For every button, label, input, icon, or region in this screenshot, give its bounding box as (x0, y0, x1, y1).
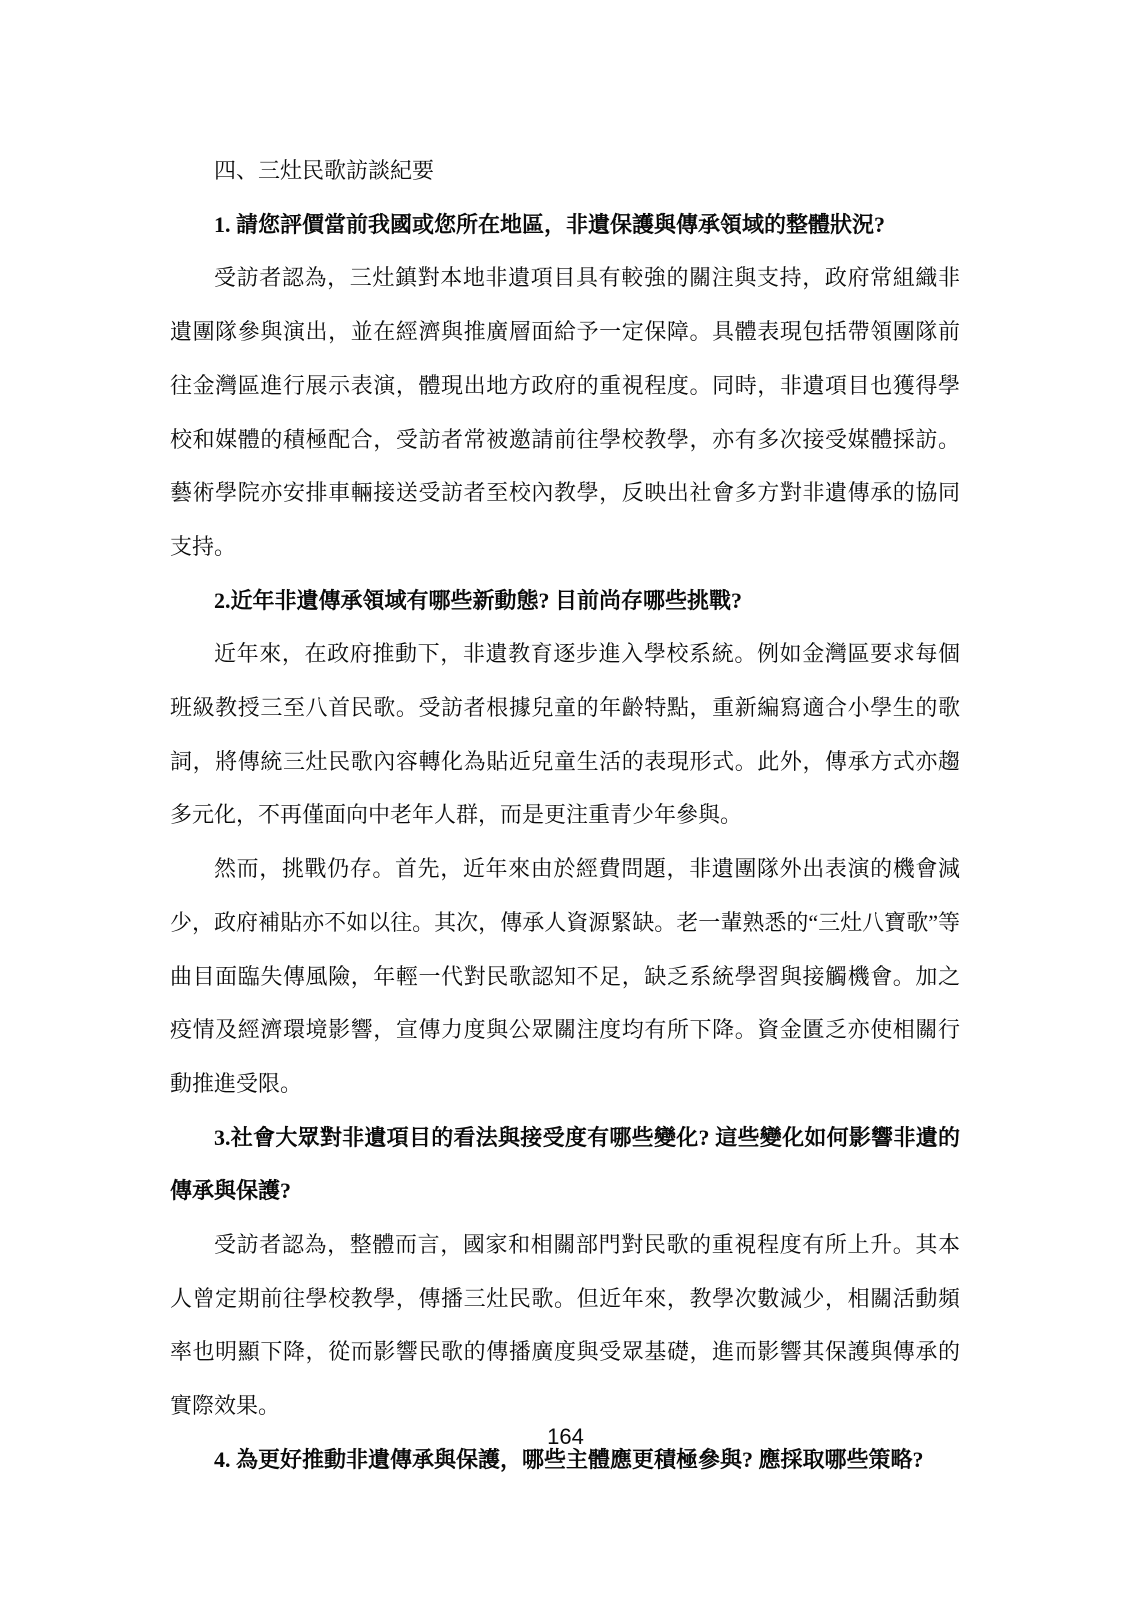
answer-paragraph-3: 然而，挑戰仍存。首先，近年來由於經費問題，非遺團隊外出表演的機會減少，政府補貼亦… (170, 842, 960, 1111)
answer-paragraph-2: 近年來，在政府推動下，非遺教育逐步進入學校系統。例如金灣區要求每個班級教授三至八… (170, 627, 960, 842)
page-number: 164 (0, 1424, 1131, 1450)
document-body: 四、三灶民歌訪談紀要 1. 請您評價當前我國或您所在地區，非遺保護與傳承領域的整… (170, 144, 960, 1487)
answer-paragraph-4: 受訪者認為，整體而言，國家和相關部門對民歌的重視程度有所上升。其本人曾定期前往學… (170, 1218, 960, 1433)
interview-question-1: 1. 請您評價當前我國或您所在地區，非遺保護與傳承領域的整體狀況? (170, 198, 960, 252)
document-page: 四、三灶民歌訪談紀要 1. 請您評價當前我國或您所在地區，非遺保護與傳承領域的整… (0, 0, 1131, 1600)
answer-paragraph-1: 受訪者認為，三灶鎮對本地非遺項目具有較強的關注與支持，政府常組織非遺團隊參與演出… (170, 251, 960, 573)
section-title: 四、三灶民歌訪談紀要 (170, 144, 960, 198)
interview-question-2: 2.近年非遺傳承領域有哪些新動態? 目前尚存哪些挑戰? (170, 574, 960, 628)
interview-question-3: 3.社會大眾對非遺項目的看法與接受度有哪些變化? 這些變化如何影響非遺的傳承與保… (170, 1111, 960, 1218)
